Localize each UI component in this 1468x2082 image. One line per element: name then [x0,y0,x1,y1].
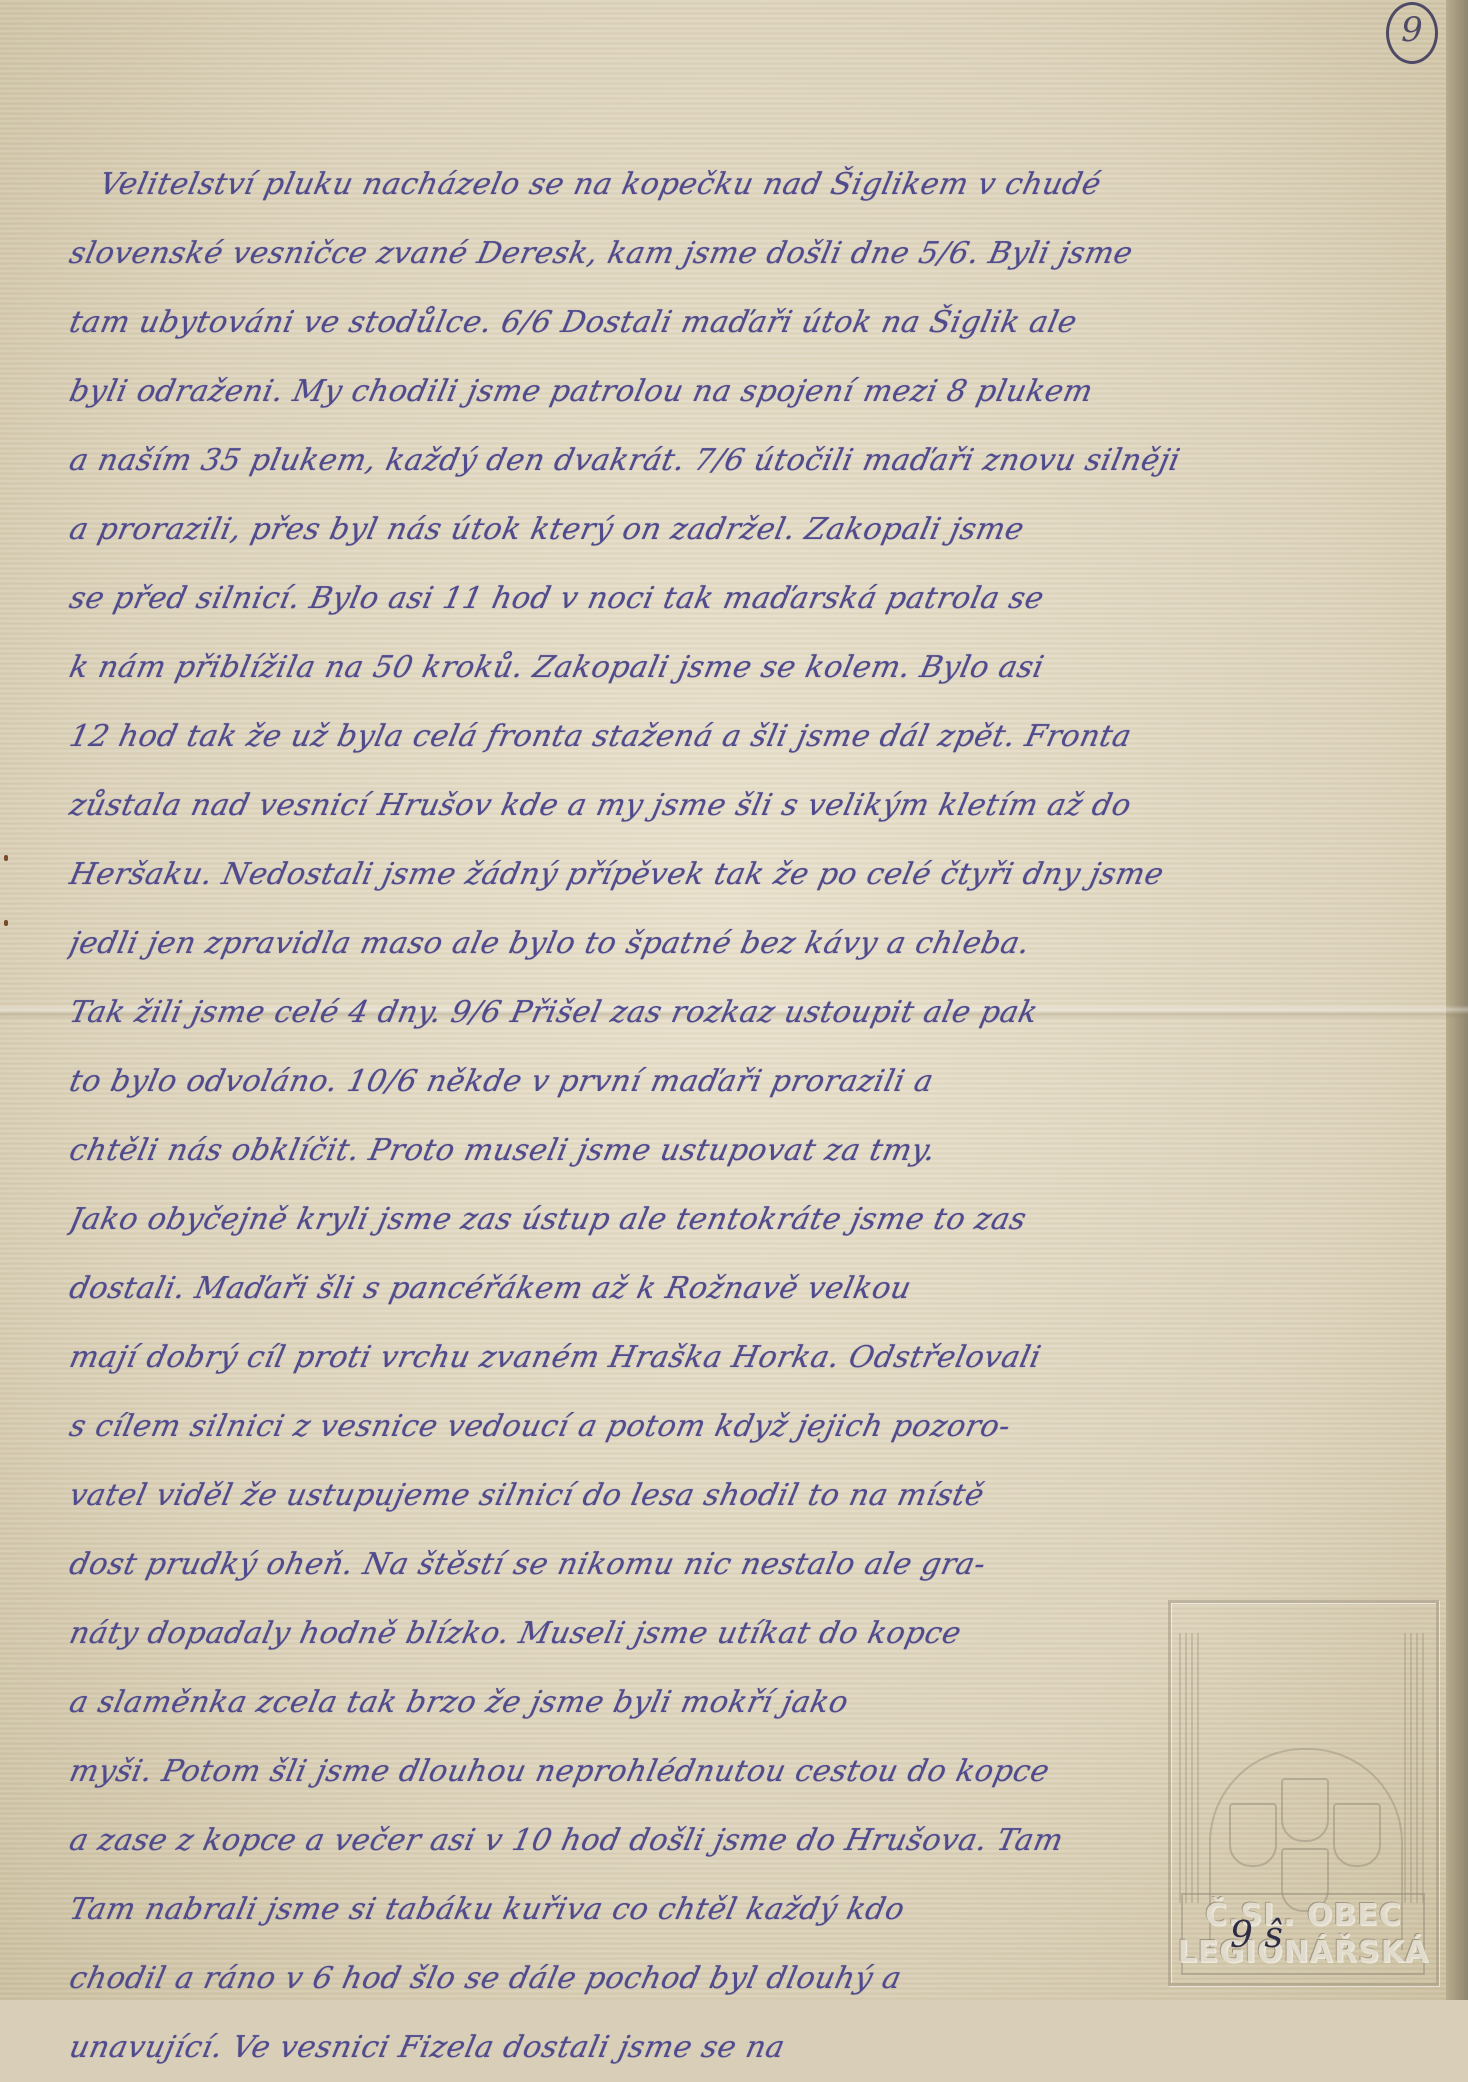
text-line: Velitelství pluku nacházelo se na kopečk… [93,150,1408,219]
page-number: 9 [1386,2,1438,64]
stamp-text-line1: Č.SL. OBEC [1171,1898,1436,1933]
text-line: dostali. Maďaři šli s pancéřákem až k Ro… [63,1254,1408,1323]
text-line: byli odraženi. My chodili jsme patrolou … [63,357,1408,426]
text-line: a naším 35 plukem, každý den dvakrát. 7/… [63,426,1408,495]
text-line: slovenské vesničce zvané Deresk, kam jsm… [63,219,1408,288]
text-line: chtěli nás obklíčit. Proto museli jsme u… [63,1116,1408,1185]
eagle-shield-icon [1333,1803,1381,1867]
text-line: dost prudký oheň. Na štěstí se nikomu ni… [63,1530,1408,1599]
text-line: Heršaku. Nedostali jsme žádný přípěvek t… [63,840,1408,909]
text-line: jedli jen zpravidla maso ale bylo to špa… [63,909,1408,978]
text-line: to bylo odvoláno. 10/6 někde v první maď… [63,1047,1408,1116]
stamp-text-line2: LEGIONÁŘSKÁ [1171,1935,1436,1970]
text-line: se před silnicí. Bylo asi 11 hod v noci … [63,564,1408,633]
text-line: Tak žili jsme celé 4 dny. 9/6 Přišel zas… [63,978,1408,1047]
stamp-pillar [1404,1633,1428,1903]
ink-spot [4,920,8,926]
double-cross-shield-icon [1281,1778,1329,1842]
text-line: zůstala nad vesnicí Hrušov kde a my jsme… [63,771,1408,840]
text-line: k nám přiblížila na 50 kroků. Zakopali j… [63,633,1408,702]
text-line: Jako obyčejně kryli jsme zas ústup ale t… [63,1185,1408,1254]
legion-embossed-stamp: Č.SL. OBEC LEGIONÁŘSKÁ [1168,1600,1439,1986]
text-line: s cílem silnici z vesnice vedoucí a poto… [63,1392,1408,1461]
text-line: mají dobrý cíl proti vrchu zvaném Hraška… [63,1323,1408,1392]
handwritten-initials: 9 ŝ [1230,1915,1283,1956]
coat-of-arms-icon [1229,1803,1277,1867]
ink-spot [4,855,8,861]
stamp-pillar [1179,1633,1203,1903]
text-line: a prorazili, přes byl nás útok který on … [63,495,1408,564]
document-page: 9 Velitelství pluku nacházelo se na kope… [0,0,1468,2000]
text-line: tam ubytováni ve stodůlce. 6/6 Dostali m… [63,288,1408,357]
text-line: vatel viděl že ustupujeme silnicí do les… [63,1461,1408,1530]
text-line: 12 hod tak že už byla celá fronta stažen… [63,702,1408,771]
page-edge [1446,0,1468,2000]
